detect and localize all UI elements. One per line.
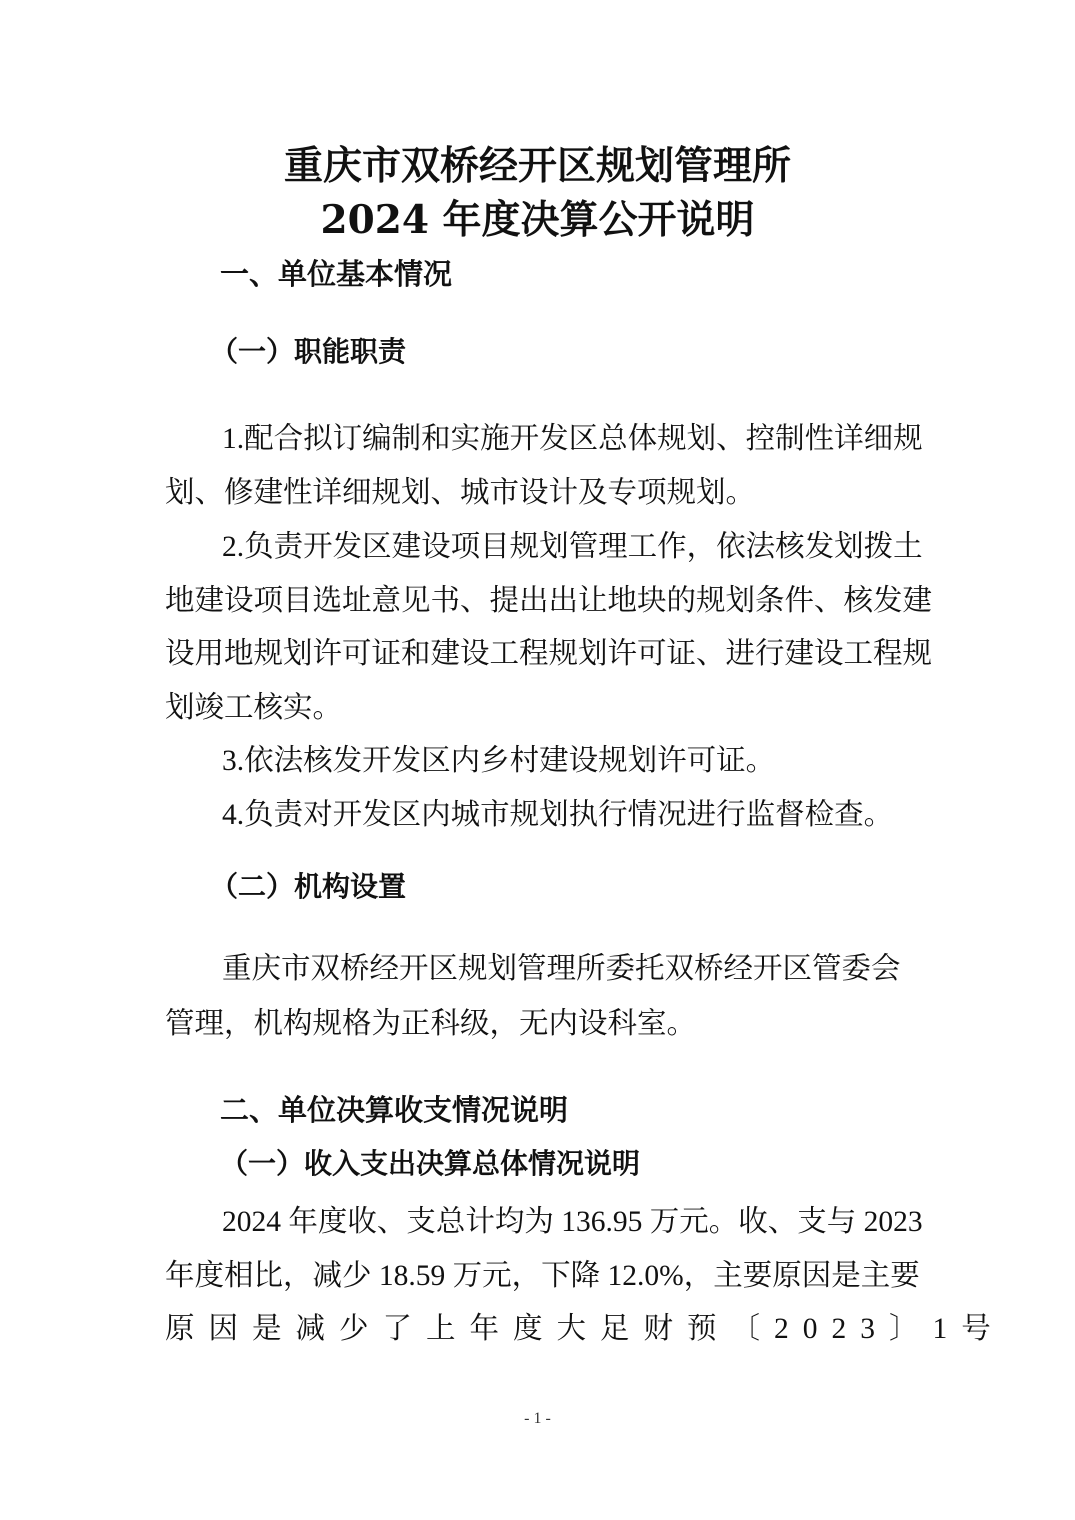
paragraph-line: 原因是减少了上年度大足财预〔2023〕1号 xyxy=(165,1305,910,1347)
paragraph-line: 划竣工核实。 xyxy=(165,684,910,726)
document-title-line1: 重庆市双桥经开区规划管理所 xyxy=(0,135,1075,191)
paragraph-line: 重庆市双桥经开区规划管理所委托双桥经开区管委会 xyxy=(222,945,887,987)
document-page: 重庆市双桥经开区规划管理所 2024 年度决算公开说明 一、单位基本情况 （一）… xyxy=(0,0,1075,1520)
section1-heading: 一、单位基本情况 xyxy=(220,252,452,293)
section2-sub1-heading: （一）收入支出决算总体情况说明 xyxy=(220,1142,640,1182)
paragraph-line: 3.依法核发开发区内乡村建设规划许可证。 xyxy=(222,737,910,779)
paragraph-line: 2024 年度收、支总计均为 136.95 万元。收、支与 2023 xyxy=(222,1198,910,1240)
paragraph-line: 1.配合拟订编制和实施开发区总体规划、控制性详细规 xyxy=(222,415,910,457)
document-title-line2: 2024 年度决算公开说明 xyxy=(0,189,1075,245)
paragraph-line: 2.负责开发区建设项目规划管理工作，依法核发划拨土 xyxy=(222,523,910,565)
section1-sub2-heading: （二）机构设置 xyxy=(210,865,406,905)
paragraph-line: 管理，机构规格为正科级，无内设科室。 xyxy=(165,1000,910,1042)
paragraph-line: 4.负责对开发区内城市规划执行情况进行监督检查。 xyxy=(222,791,910,833)
paragraph-line: 划、修建性详细规划、城市设计及专项规划。 xyxy=(165,469,910,511)
paragraph-line: 地建设项目选址意见书、提出出让地块的规划条件、核发建 xyxy=(165,577,910,619)
section1-sub1-heading: （一）职能职责 xyxy=(210,330,406,370)
section2-heading: 二、单位决算收支情况说明 xyxy=(220,1088,568,1129)
page-number: - 1 - xyxy=(0,1410,1075,1428)
paragraph-line: 设用地规划许可证和建设工程规划许可证、进行建设工程规 xyxy=(165,630,910,672)
paragraph-line: 年度相比，减少 18.59 万元，下降 12.0%，主要原因是主要 xyxy=(165,1252,910,1294)
